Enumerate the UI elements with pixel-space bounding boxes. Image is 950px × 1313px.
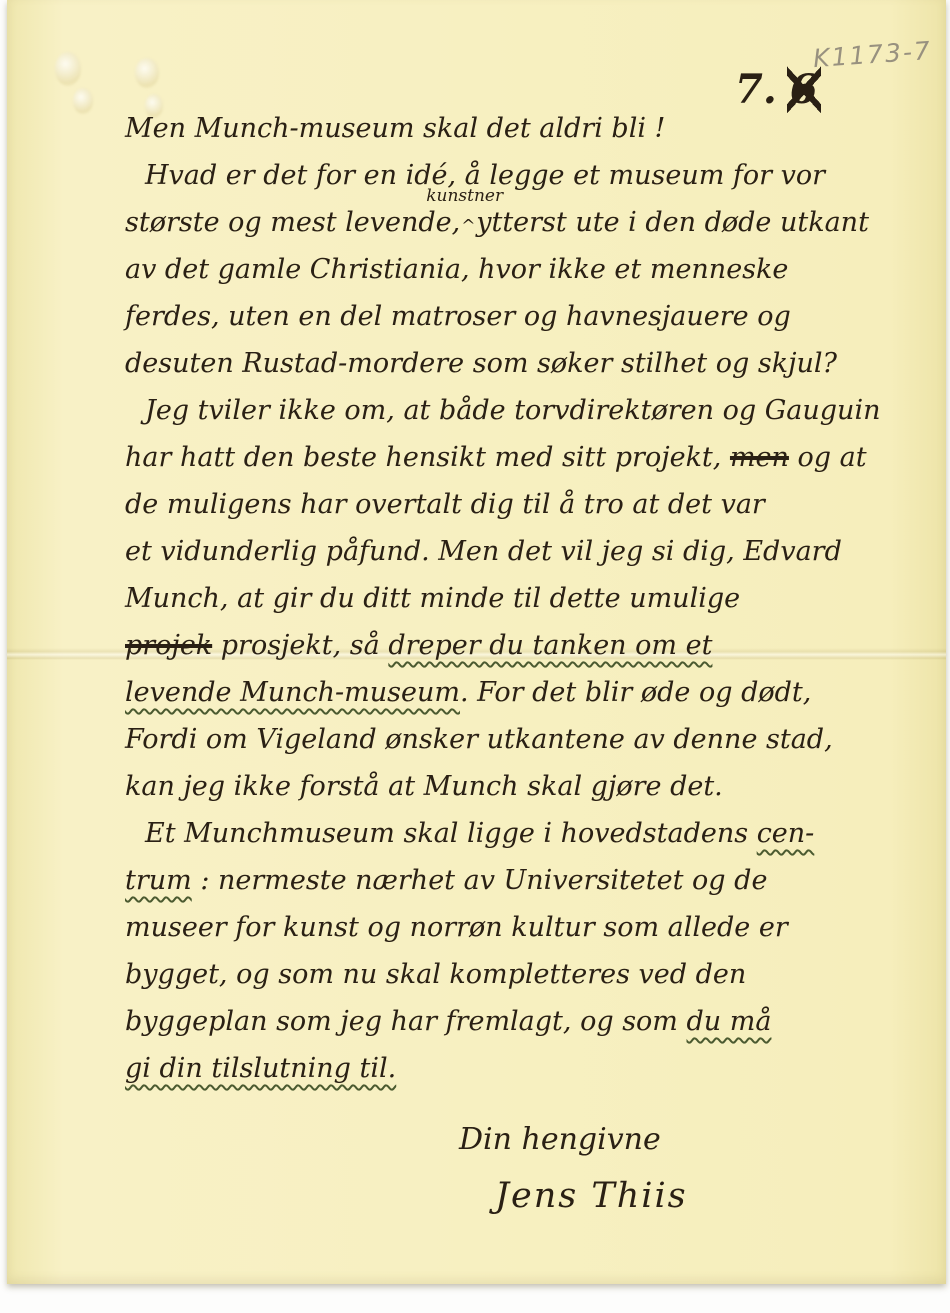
letter-line: Munch, at gir du ditt minde til dette um… (125, 575, 906, 622)
line-segment-plain: Men Munch-museum skal det aldri bli ! (125, 113, 665, 144)
letter-line: museer for kunst og norrøn kultur som al… (125, 904, 906, 951)
line-segment-plain: ferdes, uten en del matroser og havnesja… (125, 301, 791, 332)
letter-line: de muligens har overtalt dig til å tro a… (125, 481, 906, 528)
line-segment-underline: trum (125, 865, 192, 896)
line-segment-underline: du må (687, 1006, 772, 1037)
line-segment-underline: dreper du tanken om et (388, 630, 712, 661)
line-segment-plain: de muligens har overtalt dig til å tro a… (125, 489, 765, 520)
letter-line: Fordi om Vigeland ønsker utkantene av de… (125, 716, 906, 763)
letter-line: et vidunderlig påfund. Men det vil jeg s… (125, 528, 906, 575)
line-segment-plain: har hatt den beste hensikt med sitt proj… (125, 442, 730, 473)
letter-line: levende Munch-museum. For det blir øde o… (125, 669, 906, 716)
line-segment-plain: byggeplan som jeg har fremlagt, og som (125, 1006, 687, 1037)
letter-line: Men Munch-museum skal det aldri bli ! (125, 105, 906, 152)
letter-line: desuten Rustad-mordere som søker stilhet… (125, 340, 906, 387)
line-segment-plain: av det gamle Christiania, hvor ikke et m… (125, 254, 788, 285)
letter-line: bygget, og som nu skal kompletteres ved … (125, 951, 906, 998)
line-segment-underline: gi din tilslutning til. (125, 1053, 396, 1084)
line-segment-underline: levende Munch-museum (125, 677, 460, 708)
letter-page: K1173-7 7.6 Men Munch-museum skal det al… (7, 0, 946, 1284)
letter-line: har hatt den beste hensikt med sitt proj… (125, 434, 906, 481)
letter-line: projek prosjekt, så dreper du tanken om … (125, 622, 906, 669)
line-segment-plain: prosjekt, så (212, 630, 388, 661)
line-segment-plain: ytterst ute i den døde utkant (476, 207, 869, 238)
line-segment-plain: bygget, og som nu skal kompletteres ved … (125, 959, 746, 990)
letter-line: Et Munchmuseum skal ligge i hovedstadens… (125, 810, 906, 857)
line-segment-plain: Fordi om Vigeland ønsker utkantene av de… (125, 724, 833, 755)
line-segment-plain: Et Munchmuseum skal ligge i hovedstadens (145, 818, 757, 849)
emboss-mark (135, 58, 159, 88)
letter-line: Jeg tviler ikke om, at både torvdirektør… (125, 387, 906, 434)
letter-line: trum : nermeste nærhet av Universitetet … (125, 857, 906, 904)
emboss-mark (55, 52, 81, 86)
letter-line: Hvad er det for en idé, å legge et museu… (125, 152, 906, 199)
line-segment-plain: Jeg tviler ikke om, at både torvdirektør… (145, 395, 880, 426)
emboss-mark (73, 88, 93, 114)
signature: Jens Thiis (495, 1176, 688, 1216)
letter-line: ferdes, uten en del matroser og havnesja… (125, 293, 906, 340)
line-segment-plain: et vidunderlig påfund. Men det vil jeg s… (125, 536, 842, 567)
line-segment-underline: cen- (757, 818, 815, 849)
scan-background: { "marks": { "archive_code": "K1173-7", … (0, 0, 950, 1313)
line-segment-plain: : nermeste nærhet av Universitetet og de (192, 865, 768, 896)
closing-line: Din hengivne (459, 1122, 661, 1157)
archive-code-pencil: K1173-7 (812, 36, 933, 73)
line-segment-plain: desuten Rustad-mordere som søker stilhet… (125, 348, 837, 379)
letter-line: gi din tilslutning til. (125, 1045, 906, 1092)
letter-body: Men Munch-museum skal det aldri bli !Hva… (125, 105, 906, 1092)
line-segment-plain: Munch, at gir du ditt minde til dette um… (125, 583, 740, 614)
inserted-word-text: kunstner (426, 188, 503, 205)
insertion-caret: ^ (461, 218, 475, 235)
line-segment-plain: og at (789, 442, 867, 473)
letter-line: byggeplan som jeg har fremlagt, og som d… (125, 998, 906, 1045)
line-segment-plain: største og mest levende, (125, 207, 460, 238)
line-segment-plain: museer for kunst og norrøn kultur som al… (125, 912, 788, 943)
letter-line: kan jeg ikke forstå at Munch skal gjøre … (125, 763, 906, 810)
line-segment-plain: kan jeg ikke forstå at Munch skal gjøre … (125, 771, 723, 802)
inserted-word: ^kunstner (460, 204, 476, 231)
line-segment-plain: . For det blir øde og dødt, (460, 677, 811, 708)
letter-line: av det gamle Christiania, hvor ikke et m… (125, 246, 906, 293)
line-segment-strike: projek (125, 630, 212, 661)
line-segment-strike: men (730, 442, 789, 473)
letter-line: største og mest levende,^kunstnerytterst… (125, 199, 906, 246)
